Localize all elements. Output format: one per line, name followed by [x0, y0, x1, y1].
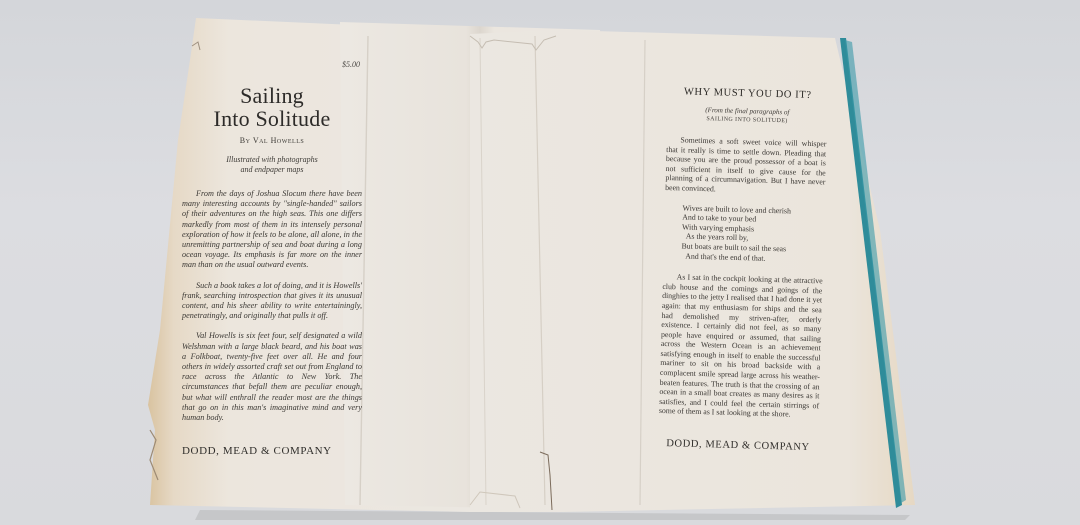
- illustration-note-line-2: and endpaper maps: [182, 165, 362, 175]
- book-title-line-2: Into Solitude: [182, 107, 362, 130]
- author-byline: By Val Howells: [182, 136, 362, 145]
- photo-scene: $5.00 Sailing Into Solitude By Val Howel…: [0, 0, 1080, 525]
- poem: Wives are built to love and cherish And …: [681, 203, 825, 265]
- blurb-paragraph: From the days of Joshua Slocum there hav…: [182, 189, 362, 271]
- excerpt-paragraph-1: Sometimes a soft sweet voice will whispe…: [665, 135, 827, 197]
- jacket-paper-shape: [0, 0, 1080, 525]
- price: $5.00: [342, 60, 360, 69]
- excerpt-source: (From the final paragraphs of SAILING IN…: [667, 105, 827, 127]
- illustration-note: Illustrated with photographs and endpape…: [182, 155, 362, 175]
- back-flap: WHY MUST YOU DO IT? (From the final para…: [658, 86, 828, 453]
- blurb-paragraph: Such a book takes a lot of doing, and it…: [182, 281, 362, 322]
- book-title-line-1: Sailing: [182, 84, 362, 107]
- dust-jacket: [0, 0, 1080, 525]
- illustration-note-line-1: Illustrated with photographs: [182, 155, 362, 165]
- book-title: Sailing Into Solitude: [182, 84, 362, 130]
- front-flap: $5.00 Sailing Into Solitude By Val Howel…: [182, 54, 362, 457]
- publisher-name: DODD, MEAD & COMPANY: [182, 445, 362, 457]
- blurb-paragraph: Val Howells is six feet four, self desig…: [182, 331, 362, 423]
- excerpt-paragraph-2: As I sat in the cockpit looking at the a…: [659, 272, 823, 420]
